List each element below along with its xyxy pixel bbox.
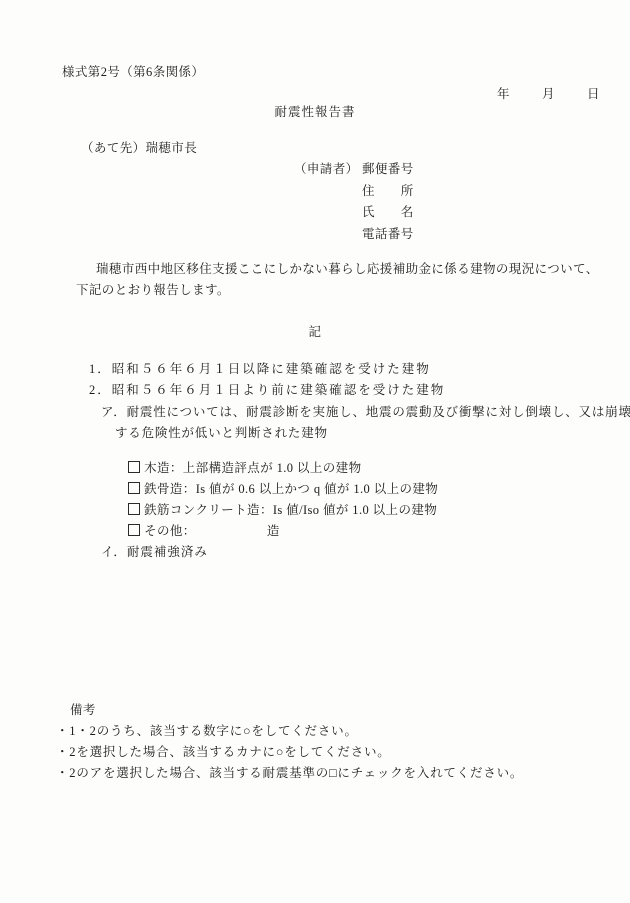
form-number: 様式第2号（第6条関係） [62, 65, 204, 80]
addressee: （あて先）瑞穂市長 [81, 141, 197, 156]
remarks-bullet-3: ・2のアを選択した場合、該当する耐震基準の□にチェックを入れてください。 [56, 766, 523, 781]
date-line: 年 月 日 [497, 87, 602, 102]
remarks-title: 備考 [70, 703, 96, 718]
applicant-label: （申請者） [294, 162, 359, 177]
applicant-field-postal-code: 郵便番号 [362, 162, 414, 177]
remarks-bullet-1: ・1・2のうち、該当する数字に○をしてください。 [56, 724, 358, 739]
body-line-1: 瑞穂市西中地区移住支援ここにしかない暮らし応援補助金に係る建物の現況について、 [96, 262, 599, 277]
item-2a-line-2: する危険性が低いと判断された建物 [115, 426, 328, 441]
checkbox-other-icon[interactable] [128, 524, 140, 536]
applicant-field-name: 氏 名 [362, 205, 414, 220]
record-marker: 記 [0, 325, 630, 340]
page-title: 耐震性報告書 [0, 105, 630, 120]
applicant-field-phone: 電話番号 [362, 227, 414, 242]
applicant-field-address: 住 所 [362, 184, 414, 199]
item-2a-line-1: ア．耐震性については、耐震診断を実施し、地震の震動及び衝撃に対し倒壊し、又は崩壊 [101, 405, 630, 420]
checkbox-other-label: その他： 造 [144, 524, 280, 538]
report-page: 様式第2号（第6条関係） 年 月 日 耐震性報告書 （あて先）瑞穂市長 （申請者… [0, 0, 630, 903]
item-2: 2．昭和５６年６月１日より前に建築確認を受けた建物 [89, 383, 445, 398]
body-line-2: 下記のとおり報告します。 [76, 283, 230, 298]
item-2i: イ．耐震補強済み [101, 545, 208, 560]
remarks-bullet-2: ・2を選択した場合、該当するカナに○をしてください。 [56, 745, 391, 760]
item-1: 1．昭和５６年６月１日以降に建築確認を受けた建物 [89, 362, 431, 377]
